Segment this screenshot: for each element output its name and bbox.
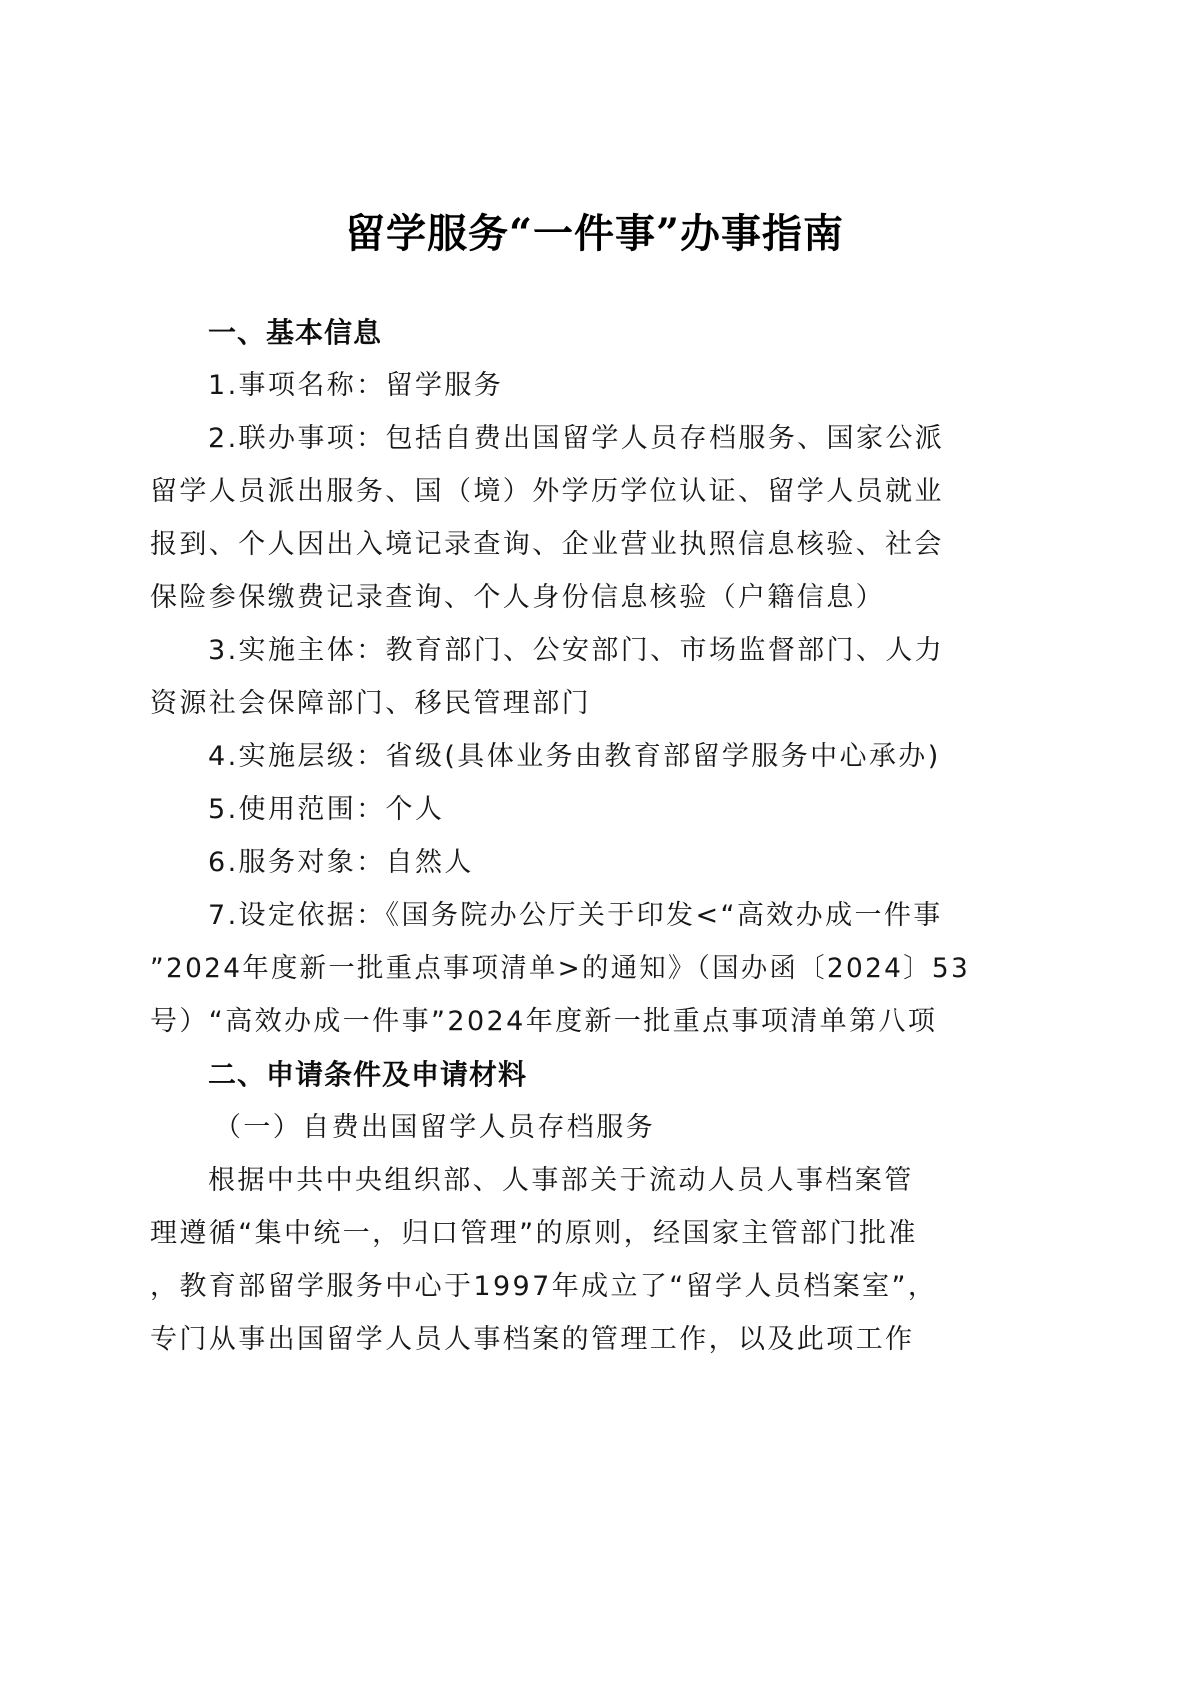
implementing-body-line: 3.实施主体：教育部门、公安部门、市场监督部门、人力 <box>208 631 944 671</box>
joint-items-line-cont: 保险参保缴费记录查询、个人身份信息核验（户籍信息） <box>150 578 885 618</box>
scope-of-use-line: 5.使用范围：个人 <box>208 790 444 830</box>
paragraph-line: 根据中共中央组织部、人事部关于流动人员人事档案管 <box>208 1161 914 1201</box>
document-page: 留学服务“一件事”办事指南 一、基本信息 1.事项名称：留学服务 2.联办事项：… <box>0 0 1189 1683</box>
paragraph-line: ，教育部留学服务中心于1997年成立了“留学人员档案室”， <box>150 1267 937 1307</box>
document-title: 留学服务“一件事”办事指南 <box>0 208 1189 260</box>
section-heading-basic-info: 一、基本信息 <box>208 313 382 353</box>
section-heading-conditions-materials: 二、申请条件及申请材料 <box>208 1055 527 1095</box>
legal-basis-line-cont: ”2024年度新一批重点事项清单>的通知》（国办函〔2024〕53 <box>150 949 970 989</box>
paragraph-line: 专门从事出国留学人员人事档案的管理工作，以及此项工作 <box>150 1320 914 1360</box>
implementing-body-line-cont: 资源社会保障部门、移民管理部门 <box>150 684 591 724</box>
service-target-line: 6.服务对象：自然人 <box>208 843 474 883</box>
implementing-level-line: 4.实施层级：省级(具体业务由教育部留学服务中心承办) <box>208 737 941 777</box>
legal-basis-line: 7.设定依据：《国务院办公厅关于印发<“高效办成一件事 <box>208 896 943 936</box>
joint-items-line-cont: 留学人员派出服务、国（境）外学历学位认证、留学人员就业 <box>150 472 944 512</box>
joint-items-line: 2.联办事项：包括自费出国留学人员存档服务、国家公派 <box>208 419 944 459</box>
legal-basis-line-cont: 号）“高效办成一件事”2024年度新一批重点事项清单第八项 <box>150 1002 937 1042</box>
paragraph-line: 理遵循“集中统一，归口管理”的原则，经国家主管部门批准 <box>150 1214 918 1254</box>
joint-items-line-cont: 报到、个人因出入境记录查询、企业营业执照信息核验、社会 <box>150 525 944 565</box>
subsection-heading-self-funded-archive: （一）自费出国留学人员存档服务 <box>214 1108 655 1148</box>
item-name-line: 1.事项名称：留学服务 <box>208 366 503 406</box>
